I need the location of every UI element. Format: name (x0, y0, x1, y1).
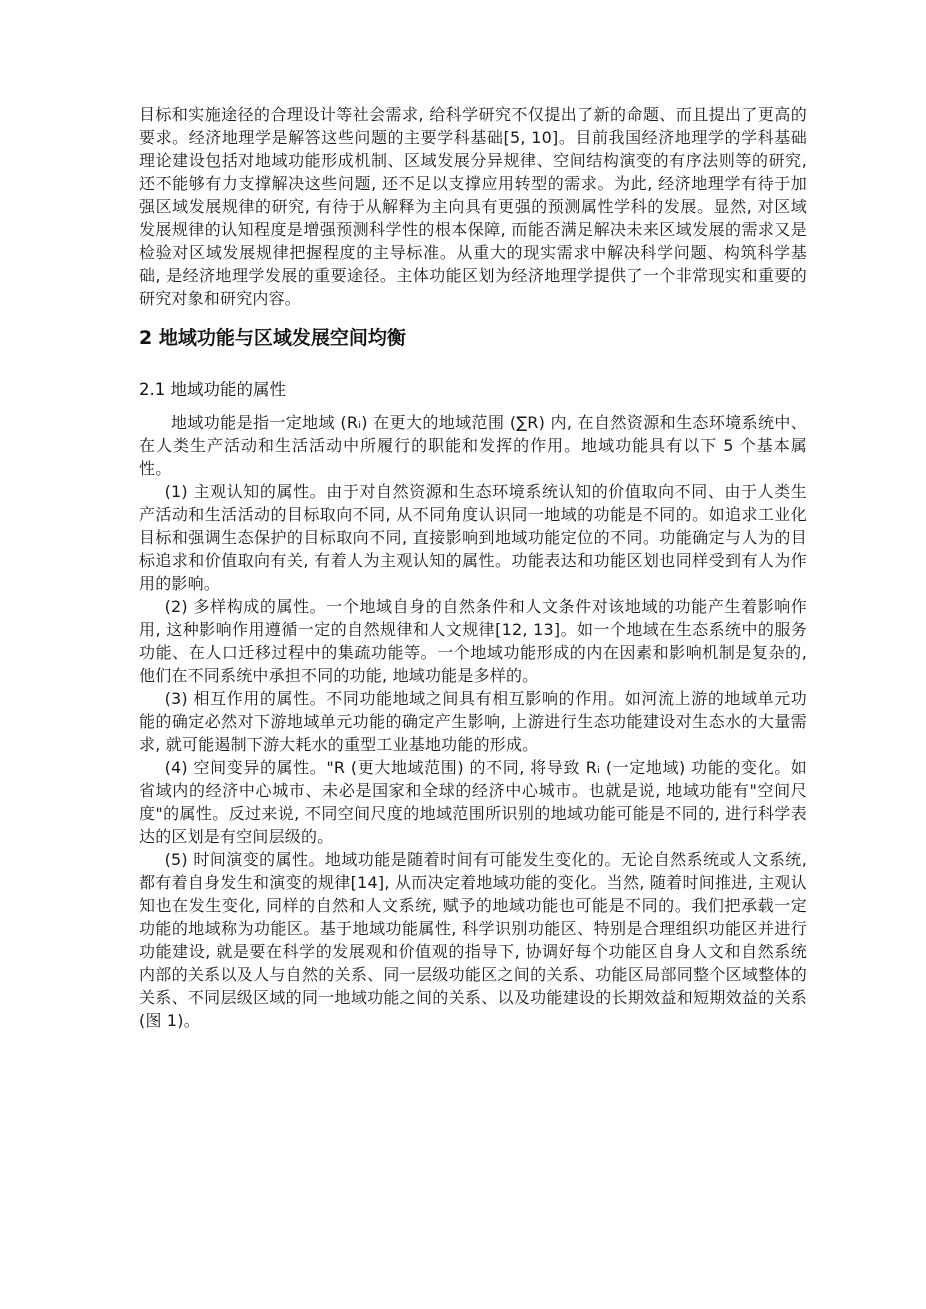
paragraph-function-definition: 地域功能是指一定地域 (Rᵢ) 在更大的地域范围 (∑R) 内, 在自然资源和生… (139, 411, 807, 480)
paragraph-attribute-2-diverse-composition: (2) 多样构成的属性。一个地域自身的自然条件和人文条件对该地域的功能产生着影响… (139, 595, 807, 687)
text-column: 目标和实施途径的合理设计等社会需求, 给科学研究不仅提出了新的命题、而且提出了更… (139, 103, 807, 1032)
subsection-heading: 2.1 地域功能的属性 (139, 379, 807, 401)
paragraph-attribute-1-subjective-cognition: (1) 主观认知的属性。由于对自然资源和生态环境系统认知的价值取向不同、由于人类… (139, 480, 807, 595)
paragraph-attribute-3-interaction: (3) 相互作用的属性。不同功能地域之间具有相互影响的作用。如河流上游的地域单元… (139, 687, 807, 756)
section-heading: 2 地域功能与区域发展空间均衡 (139, 325, 807, 351)
paragraph-attribute-5-temporal-evolution: (5) 时间演变的属性。地域功能是随着时间有可能发生变化的。无论自然系统或人文系… (139, 848, 807, 1032)
paragraph-attribute-4-spatial-variation: (4) 空间变异的属性。"R (更大地域范围) 的不同, 将导致 Rᵢ (一定地… (139, 756, 807, 848)
paragraph-continuation: 目标和实施途径的合理设计等社会需求, 给科学研究不仅提出了新的命题、而且提出了更… (139, 103, 807, 310)
document-page: 目标和实施途径的合理设计等社会需求, 给科学研究不仅提出了新的命题、而且提出了更… (0, 0, 926, 1309)
